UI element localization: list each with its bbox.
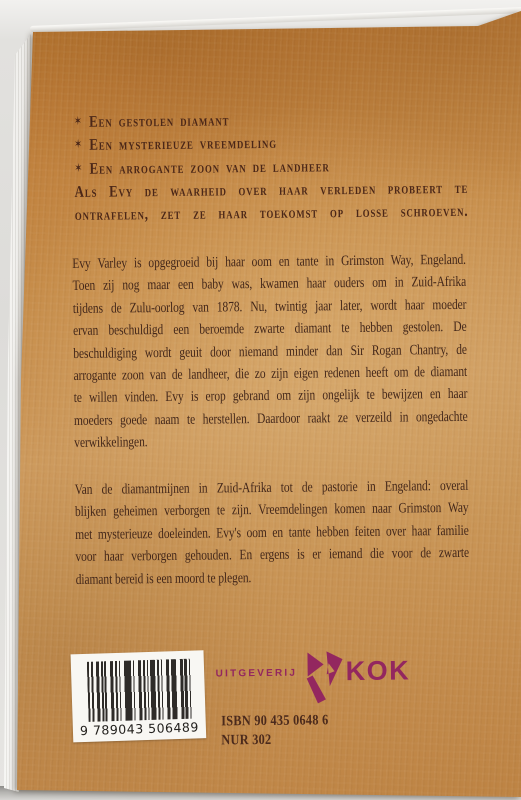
- bullet-text: Een gestolen diamant: [89, 111, 229, 130]
- synopsis-line: voor haar verborgen gehouden. En ergens …: [75, 542, 469, 569]
- back-cover: ✶Een gestolen diamant ✶Een mysterieuze v…: [0, 0, 521, 800]
- isbn-line: ISBN 90 435 0648 6: [221, 711, 329, 731]
- publisher-imprint-label: UITGEVERIJ: [216, 668, 298, 680]
- star-bullet-icon: ✶: [74, 114, 82, 128]
- book-back-cover-photo: ✶Een gestolen diamant ✶Een mysterieuze v…: [0, 0, 521, 800]
- barcode-label: 9 789043 506489: [71, 650, 207, 742]
- barcode-digits: 9 789043 506489: [73, 719, 206, 738]
- highlights-block: ✶Een gestolen diamant ✶Een mysterieuze v…: [74, 107, 469, 226]
- star-bullet-icon: ✶: [74, 137, 82, 151]
- printed-content: ✶Een gestolen diamant ✶Een mysterieuze v…: [0, 0, 521, 800]
- kok-logo-icon: [301, 649, 346, 707]
- bullet-text: Een arrogante zoon van de landheer: [90, 157, 330, 178]
- isbn-block: ISBN 90 435 0648 6 NUR 302: [221, 711, 329, 750]
- synopsis-line: verwikkelingen.: [74, 428, 468, 455]
- cover-paper: ✶Een gestolen diamant ✶Een mysterieuze v…: [0, 0, 521, 800]
- publisher-name: KOK: [345, 655, 410, 687]
- synopsis-line: moeders goede naam te herstellen. Daardo…: [74, 406, 468, 433]
- synopsis-line: diamant bereid is een moord te plegen.: [76, 564, 470, 591]
- bullet-text: Een mysterieuze vreemdeling: [89, 134, 277, 154]
- barcode-icon: [87, 659, 194, 722]
- tagline-line: ontrafelen, zet ze haar toekomst op loss…: [75, 199, 469, 226]
- synopsis-paragraph-1: Evy Varley is opgegroeid bij haar oom en…: [72, 249, 468, 455]
- nur-line: NUR 302: [221, 730, 329, 750]
- star-bullet-icon: ✶: [74, 161, 82, 175]
- synopsis-paragraph-2: Van de diamantmijnen in Zuid-Afrika tot …: [75, 475, 470, 591]
